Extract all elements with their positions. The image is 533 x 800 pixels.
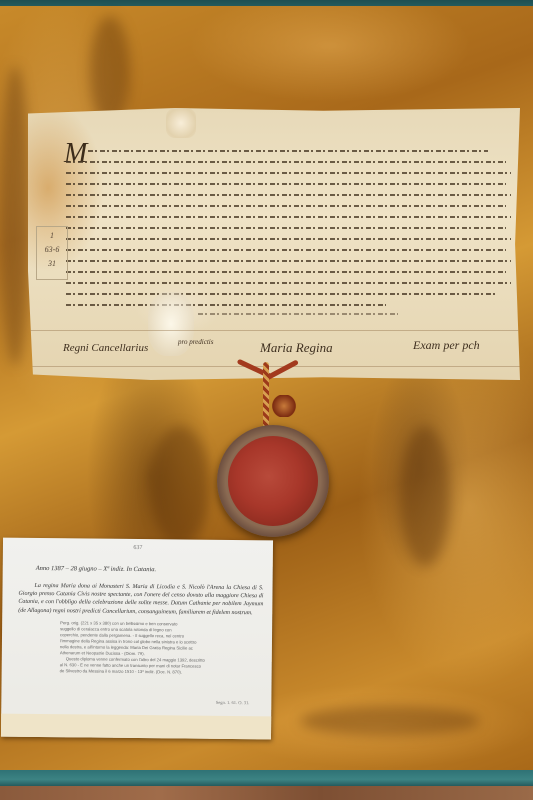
wax-residue bbox=[148, 292, 194, 356]
label-abstract: La regina Maria dona ai Monasteri S. Mar… bbox=[18, 582, 263, 617]
label-date-line: Anno 1387 – 28 giugno – Xª indiz. In Cat… bbox=[36, 565, 156, 573]
script-line bbox=[66, 238, 511, 240]
signature-left-small: pro predictis bbox=[178, 338, 213, 346]
script-line bbox=[66, 172, 511, 174]
script-line bbox=[66, 282, 511, 284]
script-line bbox=[66, 161, 506, 163]
display-case-frame-bottom bbox=[0, 770, 533, 786]
illuminated-initial: M bbox=[64, 138, 87, 170]
script-line bbox=[66, 205, 506, 207]
archive-reference-box: 1 63-6 31 bbox=[36, 226, 68, 280]
parchment-diploma: M 1 63-6 31 Regni Cancellarius pro predi… bbox=[28, 108, 520, 380]
shelf-mark: Segn. 1. 61. O. 31. bbox=[216, 700, 250, 705]
script-line bbox=[66, 183, 506, 185]
signature-right: Exam per pch bbox=[413, 338, 480, 353]
display-case-wood-base bbox=[0, 786, 533, 800]
cord-tassel bbox=[272, 395, 296, 417]
script-line bbox=[66, 304, 386, 306]
red-wax-seal bbox=[228, 436, 318, 526]
signature-left: Regni Cancellarius bbox=[63, 342, 148, 354]
seal-cord bbox=[263, 362, 269, 432]
script-line bbox=[66, 227, 506, 229]
label-card-backing bbox=[1, 714, 271, 740]
script-line bbox=[66, 249, 506, 251]
archive-box-line: 63-6 bbox=[37, 243, 67, 257]
script-line bbox=[66, 194, 511, 196]
script-line bbox=[66, 216, 511, 218]
script-line bbox=[198, 313, 398, 315]
archive-box-line: 1 bbox=[37, 229, 67, 243]
script-line bbox=[66, 271, 506, 273]
satin-fold bbox=[150, 426, 210, 546]
satin-fold bbox=[0, 66, 30, 366]
wax-tag-remnant bbox=[166, 108, 196, 138]
satin-fold bbox=[90, 16, 130, 126]
script-line bbox=[66, 293, 496, 295]
signature-center: Maria Regina bbox=[260, 340, 333, 356]
fold-line bbox=[28, 366, 520, 367]
fold-line bbox=[28, 330, 520, 331]
script-line bbox=[66, 260, 511, 262]
archive-box-line: 31 bbox=[37, 257, 67, 271]
script-line bbox=[88, 150, 488, 152]
satin-fold bbox=[300, 706, 480, 736]
museum-label-card: 637 Anno 1387 – 28 giugno – Xª indiz. In… bbox=[1, 538, 273, 740]
label-description-note: Perg. orig. (221 x 35 x 380) con un bell… bbox=[60, 620, 231, 676]
label-number: 637 bbox=[3, 544, 273, 553]
note-line: de Silvestro da Messina il 6 marzo 1510 … bbox=[60, 668, 230, 676]
satin-fold bbox=[400, 426, 450, 566]
